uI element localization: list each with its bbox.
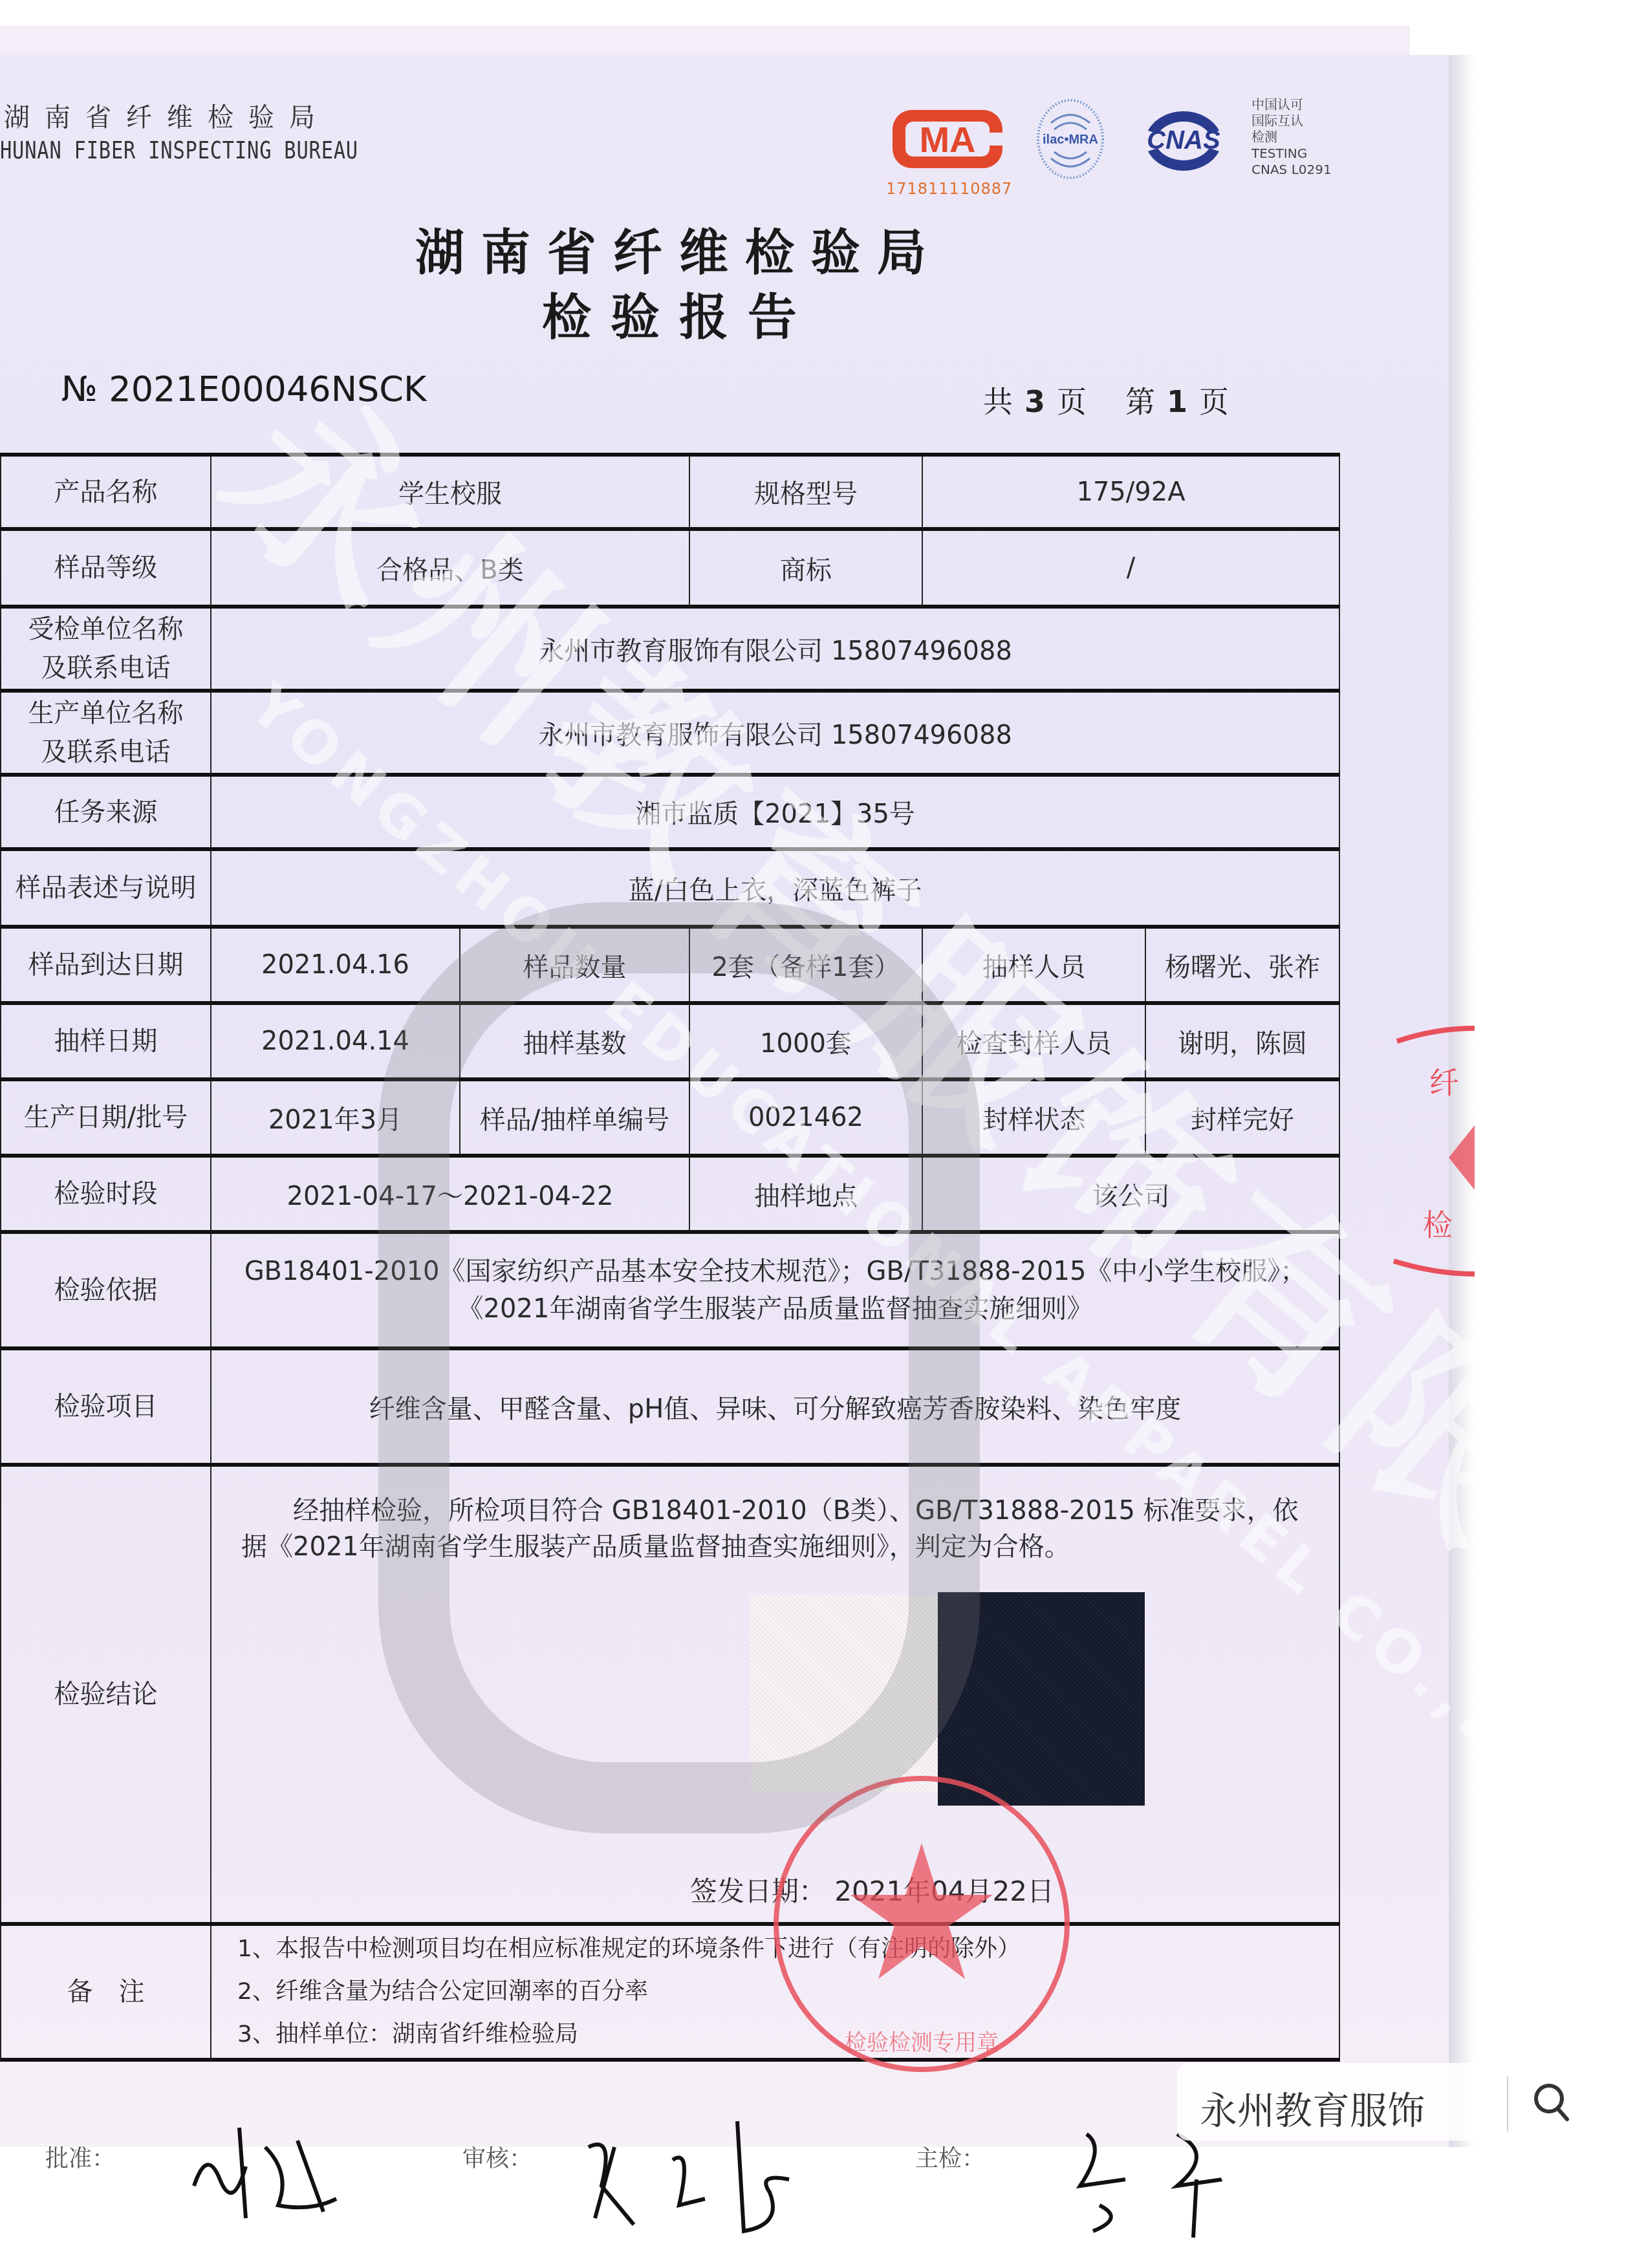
table-row: 受检单位名称 及联系电话 永州市教育服饰有限公司 15807496088: [1, 607, 1339, 691]
table-row: 检验依据 GB18401-2010《国家纺织产品基本安全技术规范》；GB/T31…: [1, 1232, 1339, 1348]
grade-value: 合格品、B类: [211, 529, 689, 607]
cma-logo-icon: MA: [886, 103, 1009, 175]
product-name-label: 产品名称: [1, 455, 211, 529]
table-row: 样品等级 合格品、B类 商标 /: [1, 529, 1339, 607]
notes-label: 备 注: [1, 1924, 211, 2060]
org-name-en: HUNAN FIBER INSPECTING BUREAU: [0, 136, 358, 164]
sample-no-label: 样品/抽样单编号: [460, 1079, 689, 1156]
sampling-place-label: 抽样地点: [689, 1156, 922, 1232]
svg-text:MA: MA: [919, 119, 975, 160]
production-date-label: 生产日期/批号: [1, 1079, 211, 1156]
arrival-date-value: 2021.04.16: [211, 927, 460, 1003]
producer-label: 生产单位名称 及联系电话: [1, 691, 211, 775]
seal-checker-label: 检查封样人员: [922, 1003, 1145, 1079]
product-name-value: 学生校服: [211, 455, 689, 529]
fabric-swatch-white: [750, 1595, 938, 1792]
review-label: 审核：: [462, 2141, 532, 2174]
table-row: 样品到达日期 2021.04.16 样品数量 2套（备样1套） 抽样人员 杨曙光…: [1, 927, 1339, 1003]
sample-qty-value: 2套（备样1套）: [689, 927, 922, 1003]
seal-status-label: 封样状态: [922, 1079, 1145, 1156]
items-value: 纤维含量、甲醛含量、pH值、异味、可分解致癌芳香胺染料、染色牢度: [211, 1348, 1339, 1465]
sampler-label: 抽样人员: [922, 927, 1145, 1003]
svg-text:检: 检: [1423, 1207, 1453, 1242]
seal-checker-value: 谢明，陈圆: [1145, 1003, 1339, 1079]
inspection-period-label: 检验时段: [1, 1156, 211, 1232]
description-value: 蓝/白色上衣，深蓝色裤子: [211, 849, 1339, 927]
seal-status-value: 封样完好: [1145, 1079, 1339, 1156]
table-row: 生产日期/批号 2021年3月 样品/抽样单编号 0021462 封样状态 封样…: [1, 1079, 1339, 1156]
inspection-report-table: 产品名称 学生校服 规格型号 175/92A 样品等级 合格品、B类 商标 / …: [0, 453, 1340, 2062]
report-title-org: 湖南省纤维检验局: [0, 213, 1358, 284]
sampling-date-label: 抽样日期: [1, 1003, 211, 1079]
report-title: 检验报告: [0, 278, 1358, 349]
sampling-date-value: 2021.04.14: [211, 1003, 460, 1079]
report-number: № 2021E00046NSCK: [61, 369, 426, 409]
cma-number: 171811110887: [886, 180, 1012, 198]
table-row: 生产单位名称 及联系电话 永州市教育服饰有限公司 15807496088: [1, 691, 1339, 775]
approve-label: 批准：: [45, 2141, 115, 2174]
sampling-place-value: 该公司: [922, 1156, 1339, 1232]
sample-qty-label: 样品数量: [460, 927, 689, 1003]
task-source-value: 湘市监质【2021】35号: [211, 775, 1339, 849]
production-date-value: 2021年3月: [211, 1079, 460, 1156]
sample-no-value: 0021462: [689, 1079, 922, 1156]
approve-signature-icon: [181, 2108, 388, 2238]
certification-logos: MA 171811110887 ilac•MRA CNAS 中国认可 国际互认 …: [880, 91, 1397, 200]
table-row: 产品名称 学生校服 规格型号 175/92A: [1, 455, 1339, 529]
review-signature-icon: [576, 2108, 847, 2244]
svg-text:CNAS: CNAS: [1147, 126, 1220, 155]
basis-value: GB18401-2010《国家纺织产品基本安全技术规范》；GB/T31888-2…: [211, 1232, 1339, 1348]
search-divider: [1507, 2076, 1508, 2132]
search-widget[interactable]: 永州教育服饰: [1177, 2063, 1585, 2141]
table-row: 抽样日期 2021.04.14 抽样基数 1000套 检查封样人员 谢明，陈圆: [1, 1003, 1339, 1079]
table-row: 检验时段 2021-04-17～2021-04-22 抽样地点 该公司: [1, 1156, 1339, 1232]
trademark-value: /: [922, 529, 1339, 607]
table-row: 备 注 1、本报告中检测项目均在相应标准规定的环境条件下进行（有注明的除外） 2…: [1, 1924, 1339, 2060]
org-name-cn: 湖南省纤维检验局: [4, 97, 330, 134]
producer-value: 永州市教育服饰有限公司 15807496088: [211, 691, 1339, 775]
sampling-base-label: 抽样基数: [460, 1003, 689, 1079]
inspected-unit-value: 永州市教育服饰有限公司 15807496088: [211, 607, 1339, 691]
spec-value: 175/92A: [922, 455, 1339, 529]
grade-label: 样品等级: [1, 529, 211, 607]
conclusion-text: 经抽样检验，所检项目符合 GB18401-2010（B类）、GB/T31888-…: [215, 1467, 1335, 1565]
inspected-unit-label: 受检单位名称 及联系电话: [1, 607, 211, 691]
basis-label: 检验依据: [1, 1232, 211, 1348]
cnas-logo-icon: CNAS: [1135, 105, 1232, 176]
svg-text:ilac•MRA: ilac•MRA: [1043, 133, 1098, 147]
ilac-mra-logo-icon: ilac•MRA: [1035, 97, 1106, 181]
table-row: 检验项目 纤维含量、甲醛含量、pH值、异味、可分解致癌芳香胺染料、染色牢度: [1, 1348, 1339, 1465]
page-info: 共3页 第1页: [983, 378, 1231, 421]
search-query[interactable]: 永州教育服饰: [1200, 2080, 1425, 2135]
svg-text:检验检测专用章: 检验检测专用章: [845, 2030, 999, 2056]
chief-label: 主检：: [915, 2141, 985, 2174]
items-label: 检验项目: [1, 1348, 211, 1465]
task-source-label: 任务来源: [1, 775, 211, 849]
signature-row: 批准： 审核： 主检：: [0, 2134, 1358, 2231]
search-icon[interactable]: [1530, 2079, 1575, 2124]
account-handle: yzjyfs888: [1216, 2157, 1345, 2188]
description-label: 样品表述与说明: [1, 849, 211, 927]
conclusion-label: 检验结论: [1, 1465, 211, 1924]
partial-seal-icon: 纤 检: [1384, 1002, 1475, 1287]
svg-text:纤: 纤: [1429, 1065, 1459, 1100]
sampling-base-value: 1000套: [689, 1003, 922, 1079]
inspection-period-value: 2021-04-17～2021-04-22: [211, 1156, 689, 1232]
table-row: 任务来源 湘市监质【2021】35号: [1, 775, 1339, 849]
cnas-caption: 中国认可 国际互认 检测 TESTING CNAS L0291: [1251, 97, 1332, 178]
sampler-value: 杨曙光、张祚: [1145, 927, 1339, 1003]
official-seal-icon: 检验检测专用章: [763, 1766, 1080, 2082]
trademark-label: 商标: [689, 529, 922, 607]
spec-label: 规格型号: [689, 455, 922, 529]
arrival-date-label: 样品到达日期: [1, 927, 211, 1003]
table-row: 样品表述与说明 蓝/白色上衣，深蓝色裤子: [1, 849, 1339, 927]
